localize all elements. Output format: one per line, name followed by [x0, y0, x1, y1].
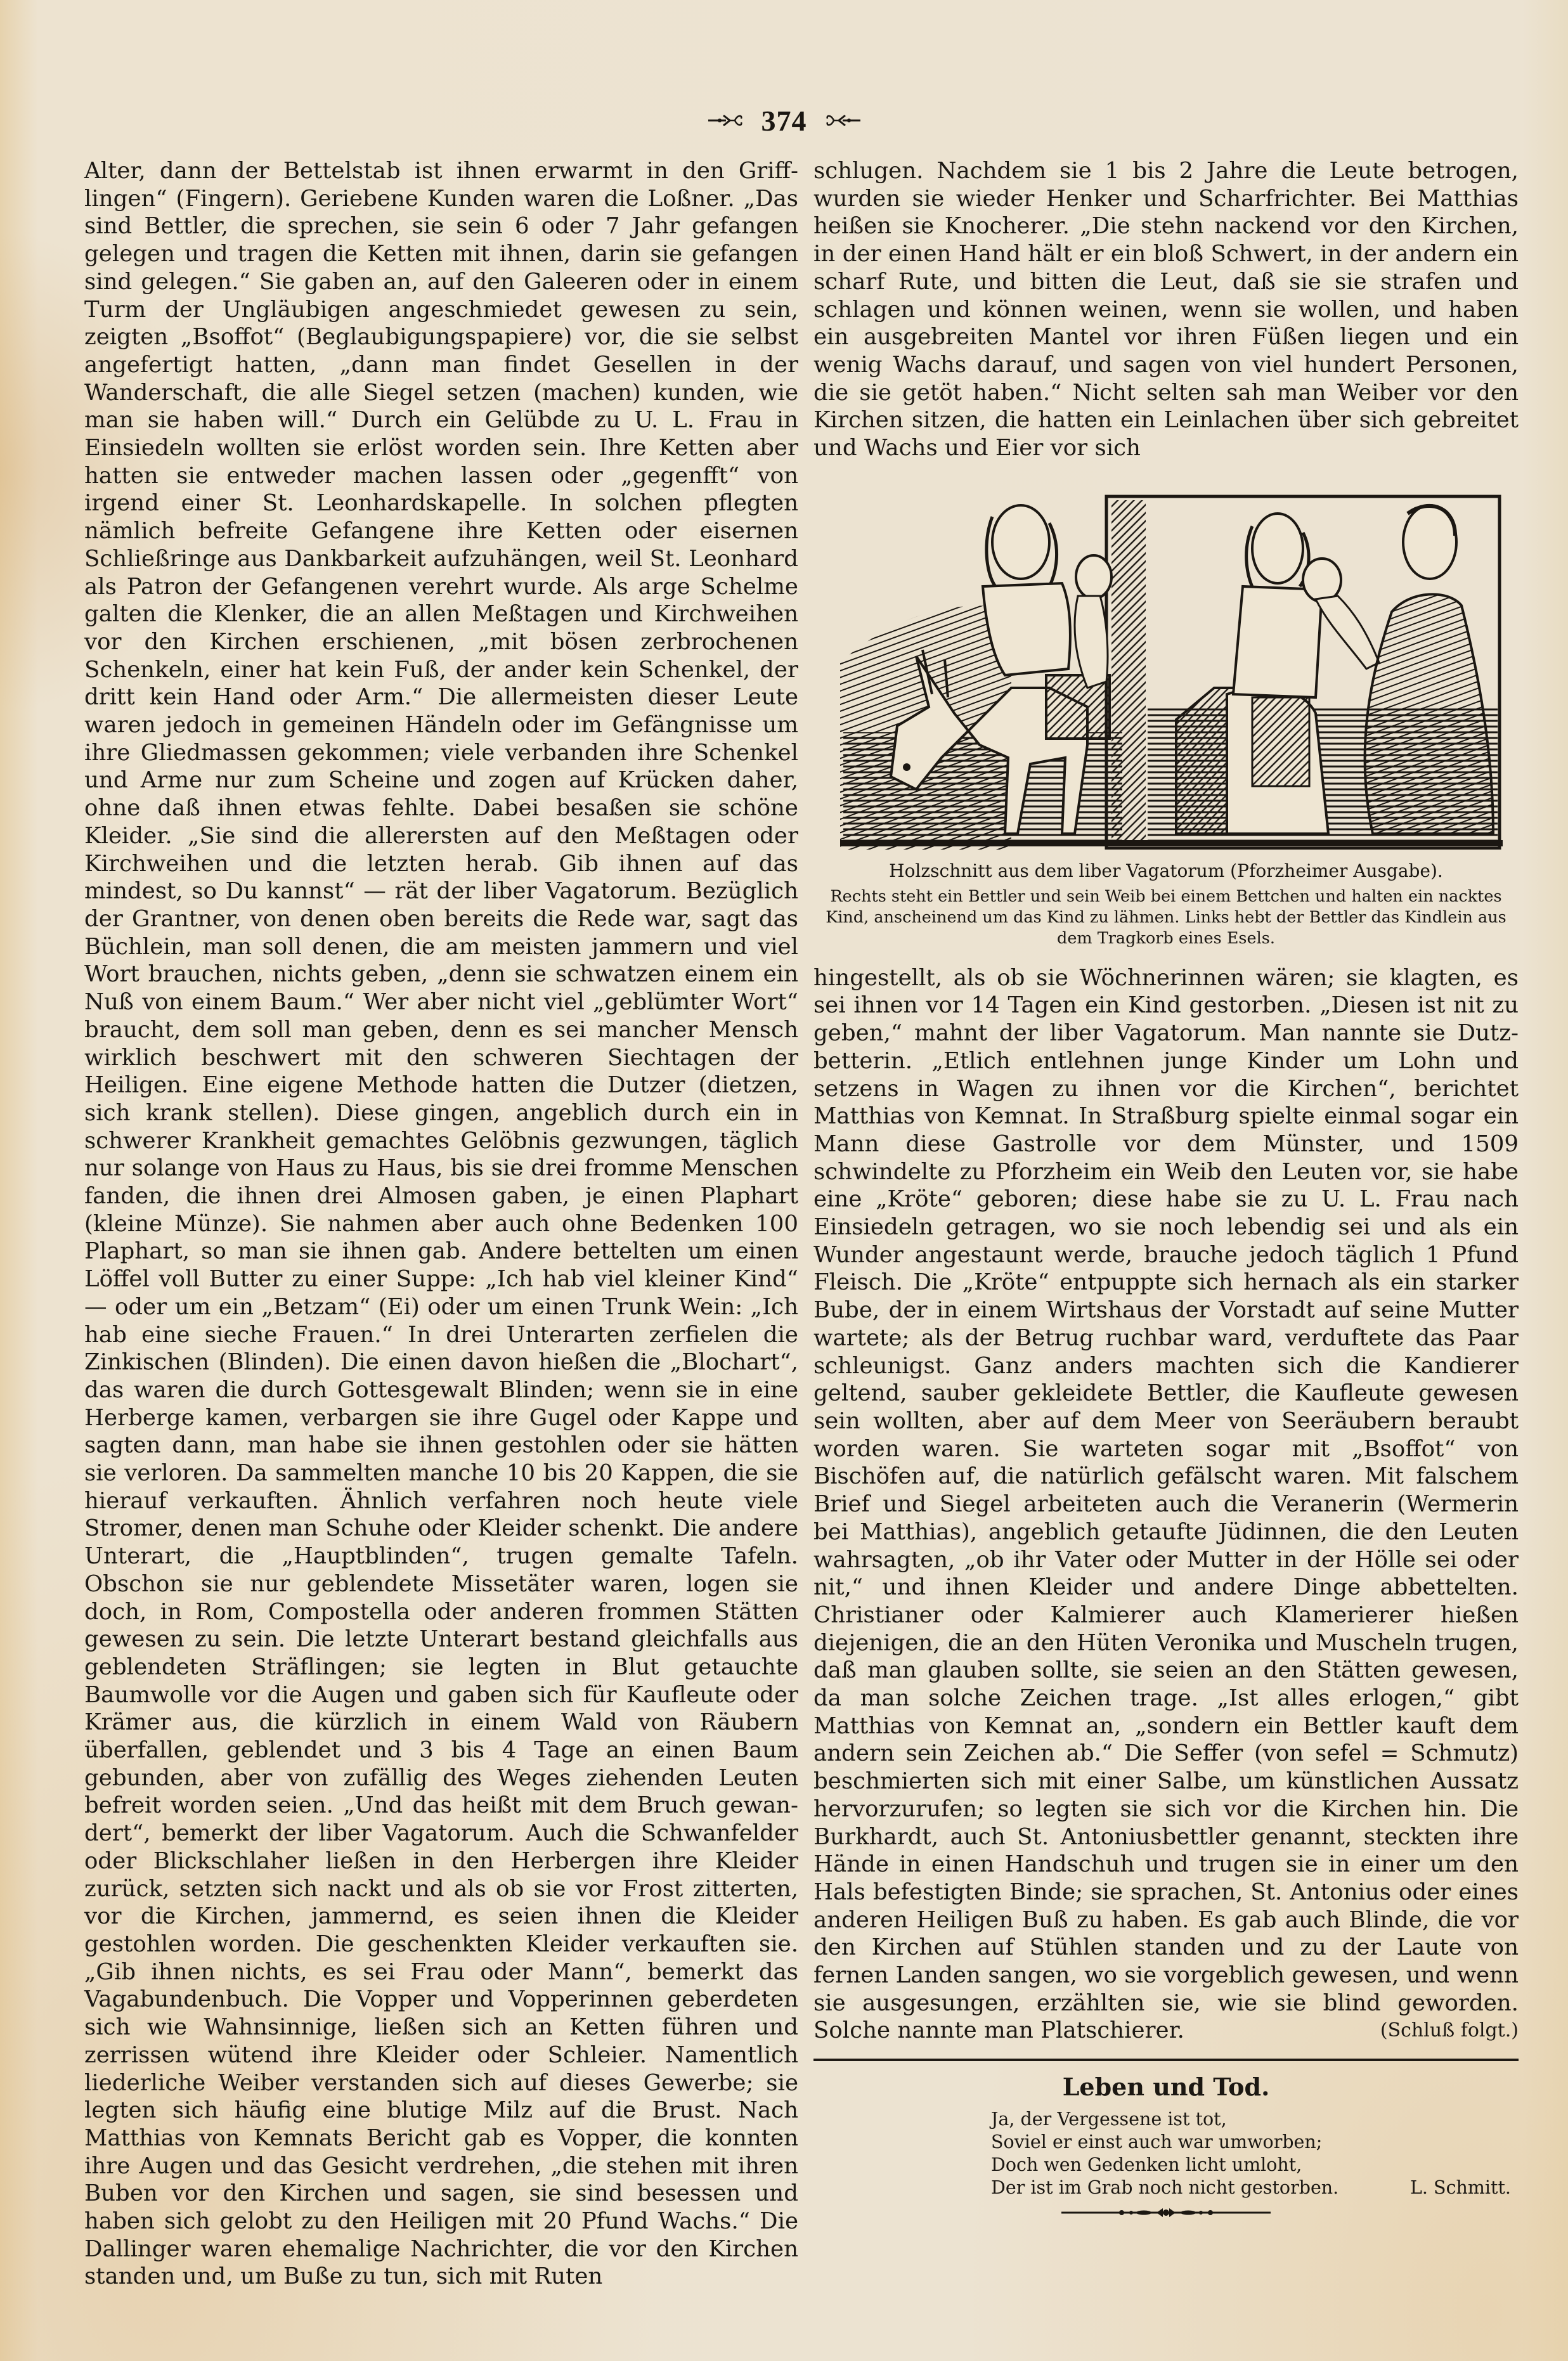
woodcut-image-icon	[821, 479, 1519, 850]
continuation-note: (Schluß folgt.)	[1380, 2017, 1519, 2045]
poem-title: Leben und Tod.	[813, 2071, 1519, 2103]
poem-line-2: Soviel er einst auch war umworben;	[991, 2131, 1519, 2154]
end-ornament-rule-icon	[1061, 2208, 1271, 2217]
section-divider	[813, 2059, 1519, 2061]
poem-line-4: Der ist im Grab noch nicht gestorben.	[991, 2177, 1338, 2199]
poem-last-row: Der ist im Grab noch nicht gestorben. L.…	[991, 2177, 1511, 2199]
woodcut-illustration	[821, 479, 1519, 850]
body-text-right-top: schlugen. Nachdem sie 1 bis 2 Jahre die …	[813, 157, 1519, 462]
poem-author: L. Schmitt.	[1410, 2177, 1511, 2199]
body-text-right-bottom: hingestellt, als ob sie Wöchnerinnen wär…	[813, 964, 1519, 2045]
figure-caption-body: Rechts steht ein Bettler und sein Weib b…	[820, 886, 1512, 949]
body-text-left: Alter, dann der Bettelstab ist ihnen erw…	[84, 157, 798, 2291]
poem: Ja, der Vergessene ist tot, Soviel er ei…	[991, 2108, 1519, 2199]
page-number: 374	[761, 104, 807, 138]
left-column: Alter, dann der Bettelstab ist ihnen erw…	[84, 157, 798, 2291]
poem-line-1: Ja, der Vergessene ist tot,	[991, 2108, 1519, 2131]
page-header: 374	[0, 95, 1568, 146]
right-column: schlugen. Nachdem sie 1 bis 2 Jahre die …	[813, 157, 1519, 2217]
body-text-right-bottom-content: hingestellt, als ob sie Wöchnerinnen wär…	[813, 965, 1519, 2044]
poem-line-3: Doch wen Gedenken licht umloht,	[991, 2154, 1519, 2177]
flourish-right-ornament-icon	[824, 110, 862, 131]
figure-caption-title: Holzschnitt aus dem liber Vagatorum (Pfo…	[813, 860, 1519, 883]
flourish-left-ornament-icon	[707, 110, 745, 131]
